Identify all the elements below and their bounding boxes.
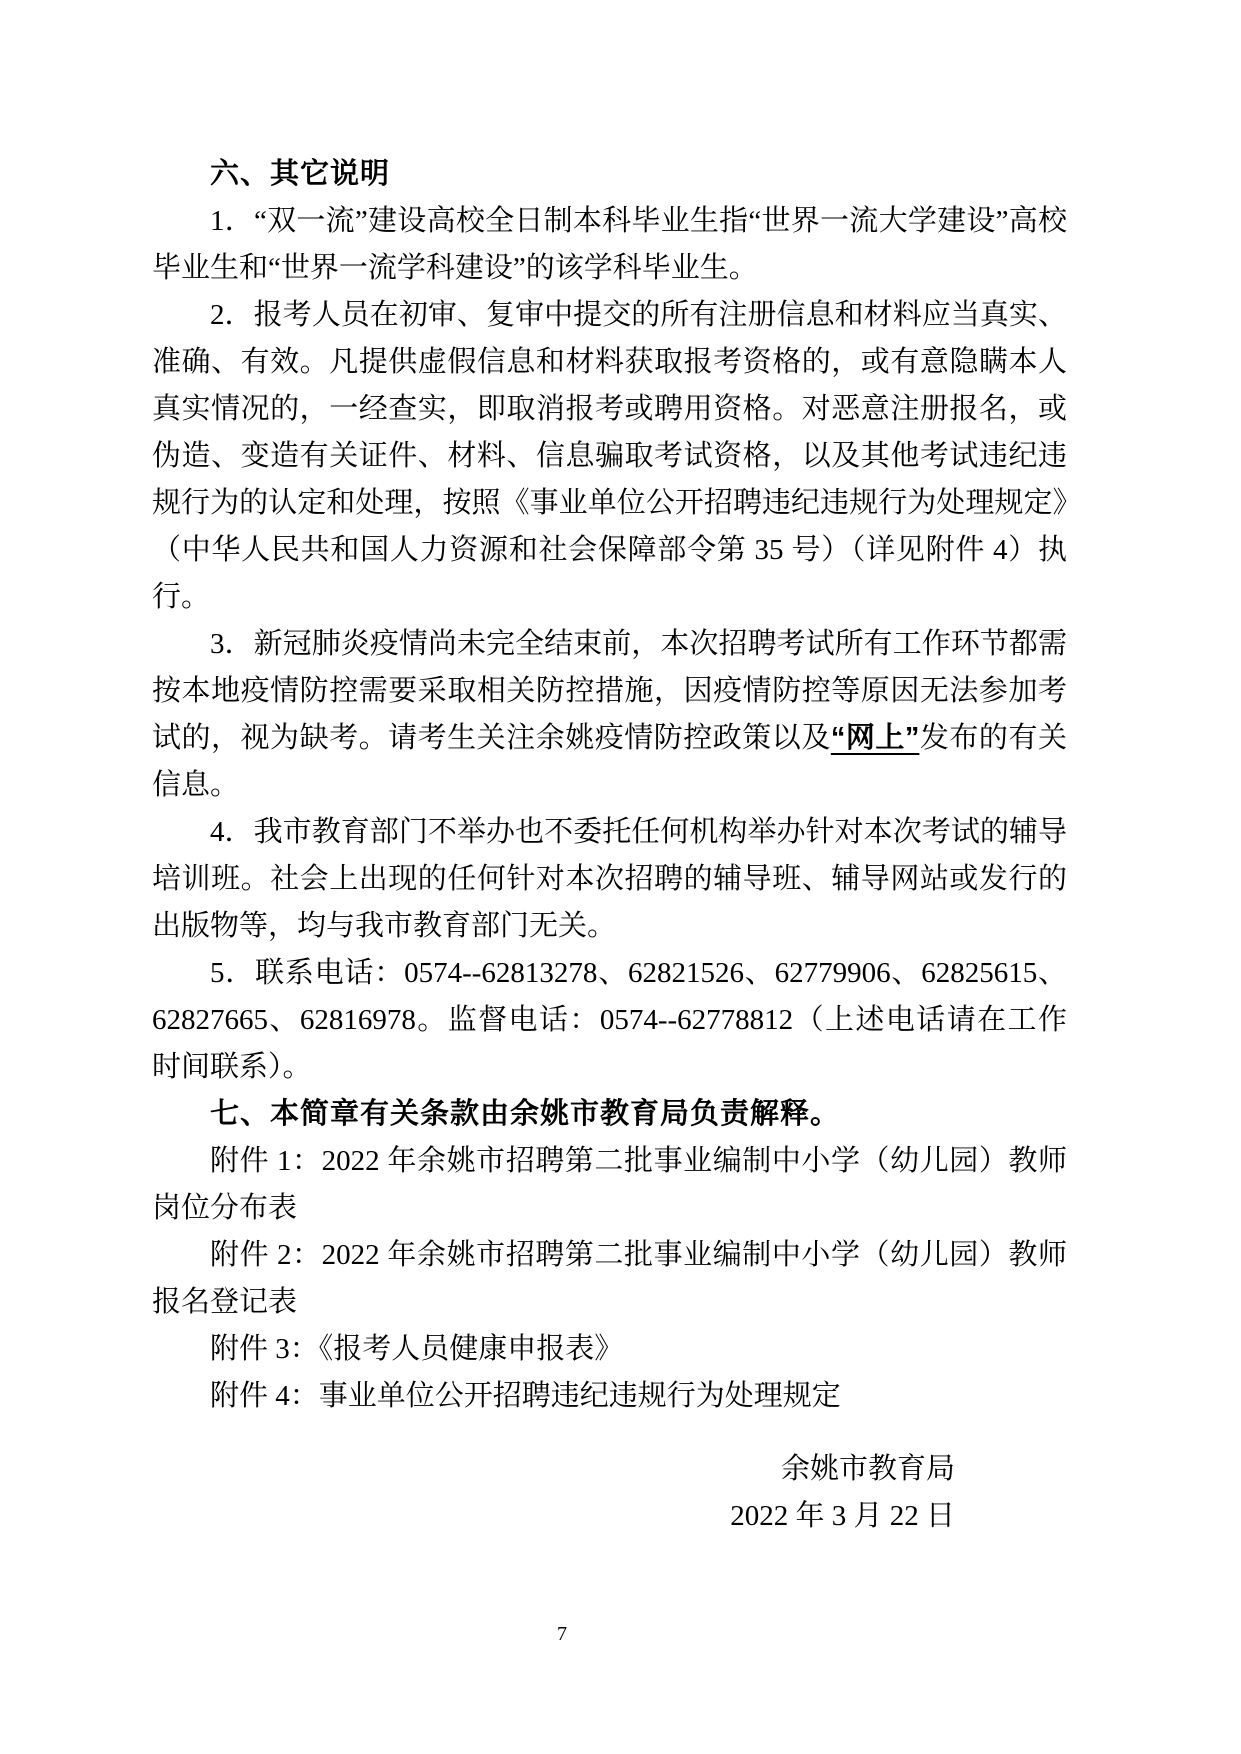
signature-organization: 余姚市教育局: [152, 1446, 955, 1493]
document-body: 六、其它说明 1．“双一流”建设高校全日制本科毕业生指“世界一流大学建设”高校毕…: [152, 151, 1067, 1540]
online-emphasis-text: “网上”: [831, 722, 920, 754]
attachment-item-2: 附件 2：2022 年余姚市招聘第二批事业编制中小学（幼儿园）教师报名登记表: [152, 1232, 1067, 1326]
attachment-item-1: 附件 1：2022 年余姚市招聘第二批事业编制中小学（幼儿园）教师岗位分布表: [152, 1138, 1067, 1232]
attachment-item-3: 附件 3：《报考人员健康申报表》: [152, 1326, 1067, 1373]
section-7-heading: 七、本简章有关条款由余姚市教育局负责解释。: [152, 1091, 1067, 1138]
section-6-heading: 六、其它说明: [152, 151, 1067, 198]
section-6-para-5: 5．联系电话：0574--62813278、62821526、62779906、…: [152, 950, 1067, 1091]
section-6-para-3: 3．新冠肺炎疫情尚未完全结束前，本次招聘考试所有工作环节都需按本地疫情防控需要采…: [152, 621, 1067, 809]
signature-block: 余姚市教育局 2022 年 3 月 22 日: [152, 1446, 1067, 1540]
document-page: 六、其它说明 1．“双一流”建设高校全日制本科毕业生指“世界一流大学建设”高校毕…: [0, 0, 1241, 1754]
section-6-para-4: 4．我市教育部门不举办也不委托任何机构举办针对本次考试的辅导培训班。社会上出现的…: [152, 809, 1067, 950]
signature-date: 2022 年 3 月 22 日: [152, 1493, 955, 1540]
attachment-item-4: 附件 4：事业单位公开招聘违纪违规行为处理规定: [152, 1373, 1067, 1420]
page-number: 7: [0, 1622, 1124, 1646]
section-6-para-2: 2．报考人员在初审、复审中提交的所有注册信息和材料应当真实、准确、有效。凡提供虚…: [152, 292, 1067, 621]
section-6-para-1: 1．“双一流”建设高校全日制本科毕业生指“世界一流大学建设”高校毕业生和“世界一…: [152, 198, 1067, 292]
